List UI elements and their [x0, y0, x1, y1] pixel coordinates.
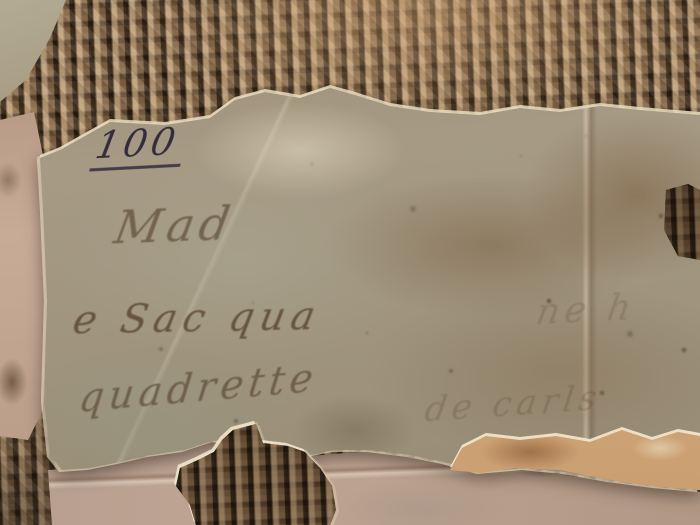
label-number: 100: [89, 121, 188, 171]
handwritten-line-2: e Sac qua: [69, 294, 325, 343]
handwritten-line-2-faded-tail: ne h: [533, 287, 639, 334]
photo-painting-verso: 100 Mad e Sac qua ne h quadrette de carl…: [0, 0, 700, 525]
handwritten-line-1: Mad: [110, 196, 238, 255]
torn-hole-burlap: [0, 0, 700, 525]
torn-hole-wrap: [0, 0, 700, 525]
